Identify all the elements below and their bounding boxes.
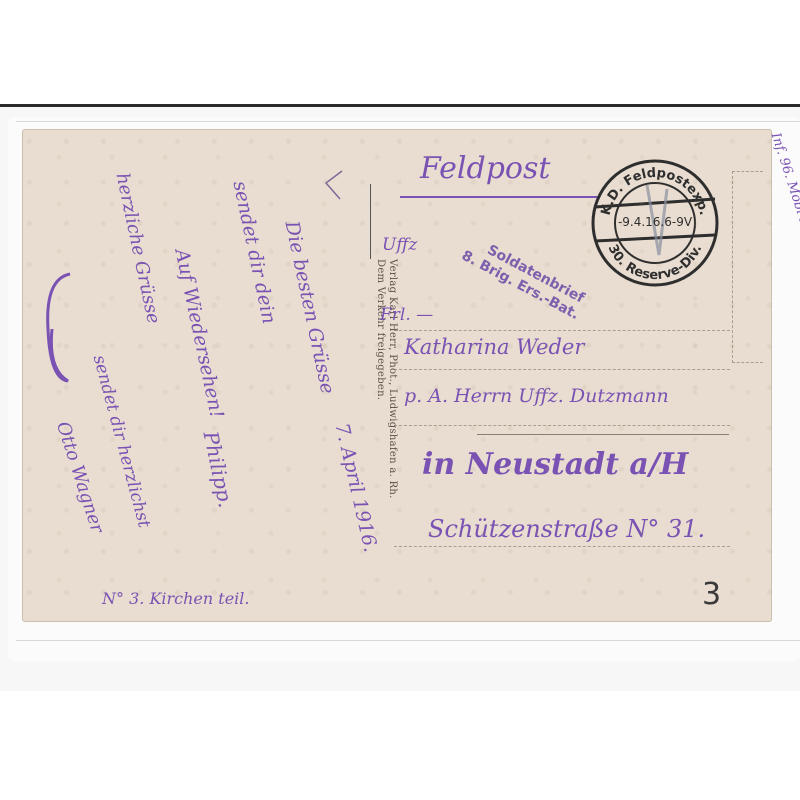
- flourish-icon: [40, 269, 80, 389]
- address-line-3: p. A. Herrn Uffz. Dutzmann: [404, 385, 669, 407]
- address-rule-underline: [477, 434, 729, 435]
- postcard: Verlag Karl Herr, Phot., Ludwigshafen a.…: [22, 129, 772, 622]
- message-line-1: Die besten Grüsse: [280, 219, 338, 396]
- checkmark-icon: [322, 169, 346, 209]
- message-line-4: Auf Wiedersehen!: [170, 247, 227, 420]
- message-line-3: Philipp.: [199, 429, 239, 510]
- message-signature: Otto Wagner: [52, 419, 108, 536]
- publisher-line-2: Dem Verkehr freigegeben.: [374, 259, 386, 499]
- pencil-mark: 3: [702, 577, 721, 612]
- message-footer: N° 3. Kirchen teil.: [102, 589, 250, 608]
- address-line-2: Katharina Weder: [404, 335, 584, 359]
- address-line-1: Frl. —: [380, 305, 433, 325]
- sleeve-edge-top: [16, 121, 800, 122]
- address-line-4: in Neustadt a/H: [422, 447, 688, 482]
- publisher-line-1: Verlag Karl Herr, Phot., Ludwigshafen a.…: [386, 259, 398, 499]
- message-line-5: herzliche Grüsse: [111, 171, 163, 326]
- postmark-date: -9.4.16.6-9V: [618, 215, 693, 229]
- sleeve-edge-bottom: [16, 640, 800, 641]
- address-rule-5: [394, 546, 730, 547]
- address-rule-2: [394, 369, 730, 370]
- unit-stamp: Soldatenbrief 8. Brig. Ers.-Bat.: [476, 242, 590, 324]
- divider-line: [370, 184, 371, 259]
- feldpost-heading: Feldpost: [420, 151, 550, 186]
- stamp-box: [732, 171, 763, 363]
- address-rule-1: [394, 330, 730, 331]
- publisher-imprint: Verlag Karl Herr, Phot., Ludwigshafen a.…: [374, 259, 398, 499]
- feldpost-underline: [400, 196, 600, 198]
- message-line-2: sendet dir dein: [228, 179, 280, 326]
- address-line-5: Schützenstraße N° 31.: [428, 515, 705, 543]
- sender-rank: Uffz: [382, 235, 417, 255]
- address-rule-3: [394, 425, 730, 426]
- postmark-icon: K.D. Feldpostexp. -9.4.16.6-9V 30. Reser…: [587, 155, 723, 291]
